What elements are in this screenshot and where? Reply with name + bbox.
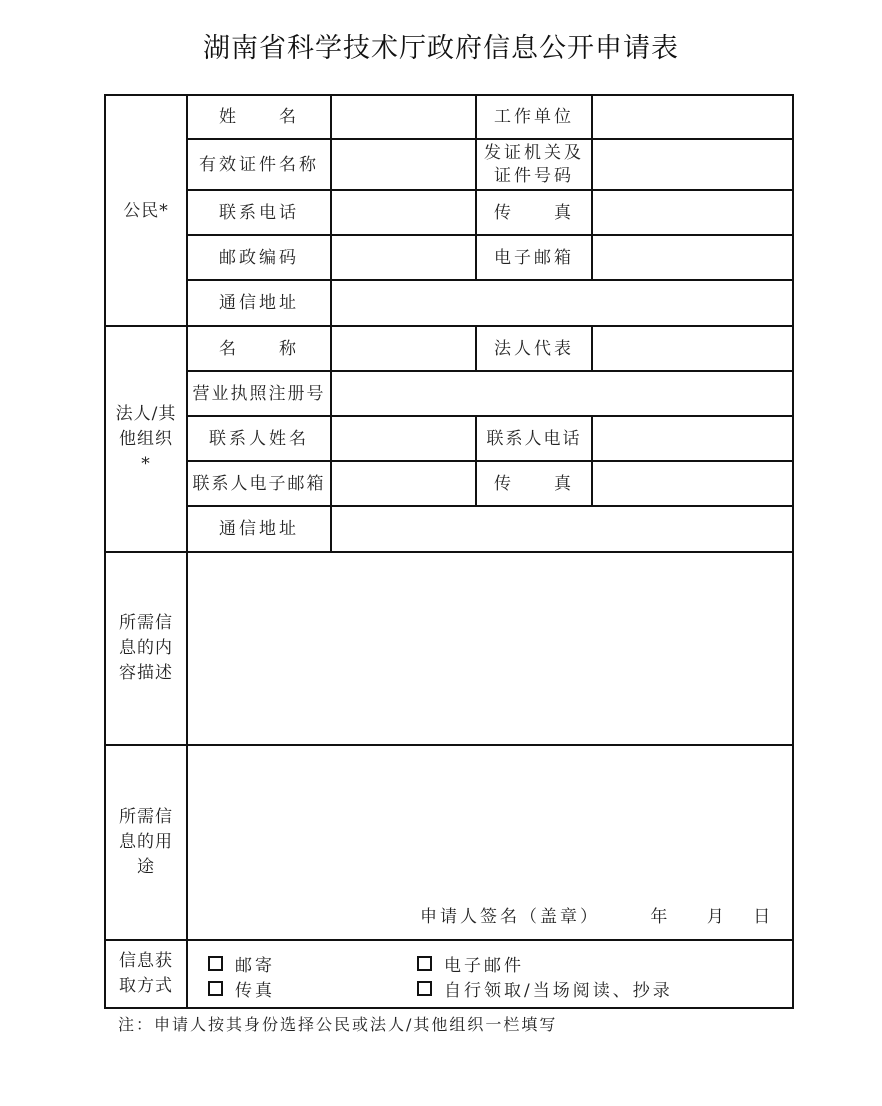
option-fax[interactable]: 传真 xyxy=(208,976,275,1001)
label-citizen-id-issuer: 发证机关及 证件号码 xyxy=(477,140,591,189)
input-citizen-work-unit[interactable] xyxy=(593,96,792,138)
section-label-citizen: 公民* xyxy=(106,96,186,325)
option-label: 自行领取/当场阅读、抄录 xyxy=(444,976,673,1001)
label-citizen-id-name: 有效证件名称 xyxy=(188,140,330,189)
section-label-usage: 所需信 息的用 途 xyxy=(106,746,186,939)
signature-label: 申请人签名（盖章） xyxy=(420,902,600,927)
label-citizen-email: 电子邮箱 xyxy=(477,236,591,279)
label-citizen-address: 通信地址 xyxy=(188,281,330,325)
input-legal-address[interactable] xyxy=(332,507,792,551)
input-citizen-fax[interactable] xyxy=(593,191,792,234)
label-citizen-postal-code: 邮政编码 xyxy=(188,236,330,279)
divider xyxy=(104,939,794,941)
footnote: 注：申请人按其身份选择公民或法人/其他组织一栏填写 xyxy=(118,1012,557,1035)
section-label-content-description: 所需信 息的内 容描述 xyxy=(106,553,186,744)
input-citizen-postal-code[interactable] xyxy=(332,236,475,279)
section-label-legal-person: 法人/其 他组织 * xyxy=(106,327,186,551)
input-citizen-id-name[interactable] xyxy=(332,140,475,189)
page-title: 湖南省科学技术厅政府信息公开申请表 xyxy=(0,26,882,65)
year-label: 年 xyxy=(650,902,670,927)
label-contact-name: 联系人姓名 xyxy=(188,417,330,460)
option-self-pickup[interactable]: 自行领取/当场阅读、抄录 xyxy=(417,976,673,1001)
input-contact-email[interactable] xyxy=(332,462,475,505)
label-citizen-phone: 联系电话 xyxy=(188,191,330,234)
label-legal-address: 通信地址 xyxy=(188,507,330,551)
label-legal-fax: 传 真 xyxy=(477,462,591,505)
label-contact-email: 联系人电子邮箱 xyxy=(188,462,330,505)
input-citizen-phone[interactable] xyxy=(332,191,475,234)
input-legal-rep[interactable] xyxy=(593,327,792,370)
checkbox-icon[interactable] xyxy=(417,981,432,996)
option-label: 邮寄 xyxy=(235,951,275,976)
input-license-no[interactable] xyxy=(332,372,792,415)
label-citizen-work-unit: 工作单位 xyxy=(477,96,591,138)
input-citizen-address[interactable] xyxy=(332,281,792,325)
section-label-delivery: 信息获 取方式 xyxy=(106,941,186,1007)
input-legal-fax[interactable] xyxy=(593,462,792,505)
input-contact-name[interactable] xyxy=(332,417,475,460)
label-license-no: 营业执照注册号 xyxy=(188,372,330,415)
input-contact-phone[interactable] xyxy=(593,417,792,460)
input-citizen-id-issuer[interactable] xyxy=(593,140,792,189)
checkbox-icon[interactable] xyxy=(208,956,223,971)
option-email[interactable]: 电子邮件 xyxy=(417,951,524,976)
checkbox-icon[interactable] xyxy=(417,956,432,971)
input-usage[interactable] xyxy=(188,746,792,896)
option-label: 电子邮件 xyxy=(444,951,524,976)
label-contact-phone: 联系人电话 xyxy=(477,417,591,460)
checkbox-icon[interactable] xyxy=(208,981,223,996)
label-citizen-name: 姓 名 xyxy=(188,96,330,138)
table-border-right xyxy=(792,94,794,1009)
input-citizen-email[interactable] xyxy=(593,236,792,279)
day-label: 日 xyxy=(753,902,773,927)
input-content-description[interactable] xyxy=(188,553,792,744)
month-label: 月 xyxy=(707,902,727,927)
label-citizen-fax: 传 真 xyxy=(477,191,591,234)
option-mail[interactable]: 邮寄 xyxy=(208,951,275,976)
input-citizen-name[interactable] xyxy=(332,96,475,138)
table-border-bottom xyxy=(104,1007,794,1009)
label-legal-rep: 法人代表 xyxy=(477,327,591,370)
label-legal-name: 名 称 xyxy=(188,327,330,370)
option-label: 传真 xyxy=(235,976,275,1001)
input-legal-name[interactable] xyxy=(332,327,475,370)
signature-line: 申请人签名（盖章） 年 月 日 xyxy=(420,902,773,927)
